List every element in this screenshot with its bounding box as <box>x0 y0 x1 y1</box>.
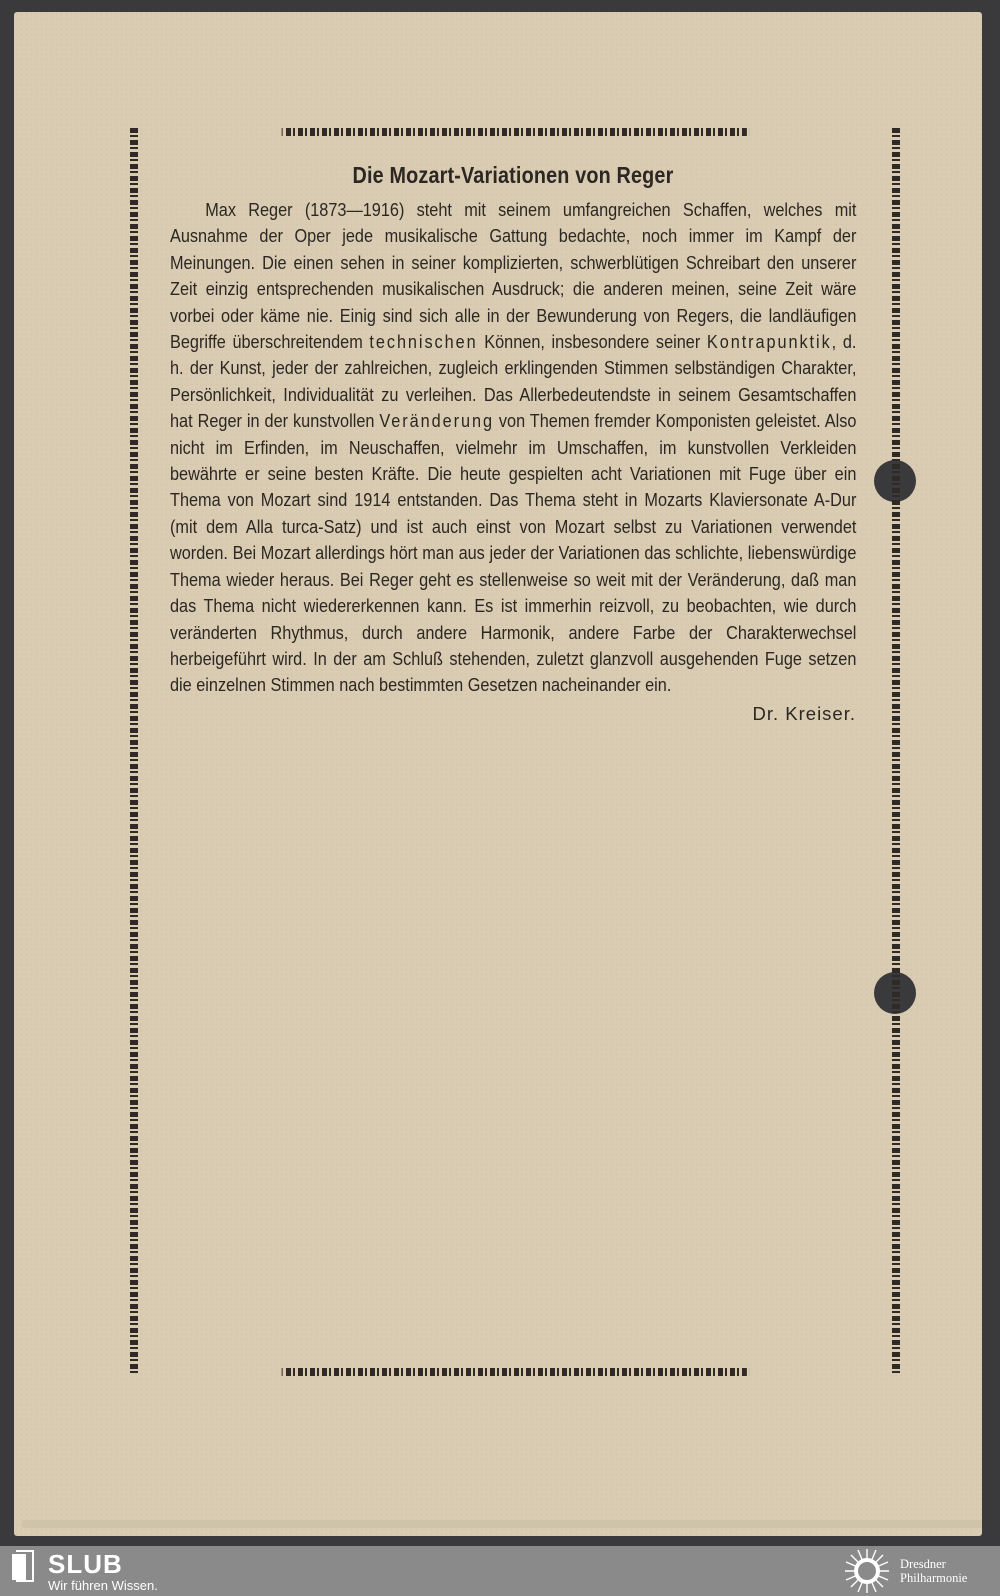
sunburst-ring-icon <box>844 1548 890 1594</box>
philharmonie-logo[interactable]: Dresdner Philharmonie <box>844 1548 967 1594</box>
philharmonie-line2: Philharmonie <box>900 1571 967 1585</box>
frame-border-right <box>892 128 900 1376</box>
body-segment-emphasis: technischen <box>369 331 477 352</box>
author-signature: Dr. Kreiser. <box>170 703 856 725</box>
slub-tagline: Wir führen Wissen. <box>48 1578 158 1593</box>
body-segment: Max Reger (1873—1916) steht mit seinem u… <box>170 199 856 352</box>
article-title: Die Mozart-Variationen von Reger <box>218 162 808 189</box>
frame-border-bottom <box>130 1368 900 1376</box>
frame-border-top <box>130 128 900 136</box>
body-segment-emphasis: Veränderung <box>379 410 494 431</box>
article-body: Max Reger (1873—1916) steht mit seinem u… <box>170 197 856 699</box>
article: Die Mozart-Variationen von Reger Max Reg… <box>170 162 856 725</box>
footer-bar: SLUB Wir führen Wissen. Dresdner Philhar… <box>0 1546 1000 1596</box>
frame-border-left <box>130 128 138 1376</box>
book-icon <box>12 1550 34 1580</box>
slub-name: SLUB <box>48 1550 158 1578</box>
philharmonie-line1: Dresdner <box>900 1557 967 1571</box>
body-segment: Können, insbesondere seiner <box>478 331 707 352</box>
slub-logo[interactable]: SLUB Wir führen Wissen. <box>12 1550 158 1593</box>
ornamental-frame: Die Mozart-Variationen von Reger Max Reg… <box>130 128 900 1376</box>
page-edge <box>22 1520 982 1528</box>
body-segment: von Themen fremder Komponisten geleistet… <box>170 410 856 695</box>
body-segment-emphasis: Kontrapunktik <box>707 331 832 352</box>
